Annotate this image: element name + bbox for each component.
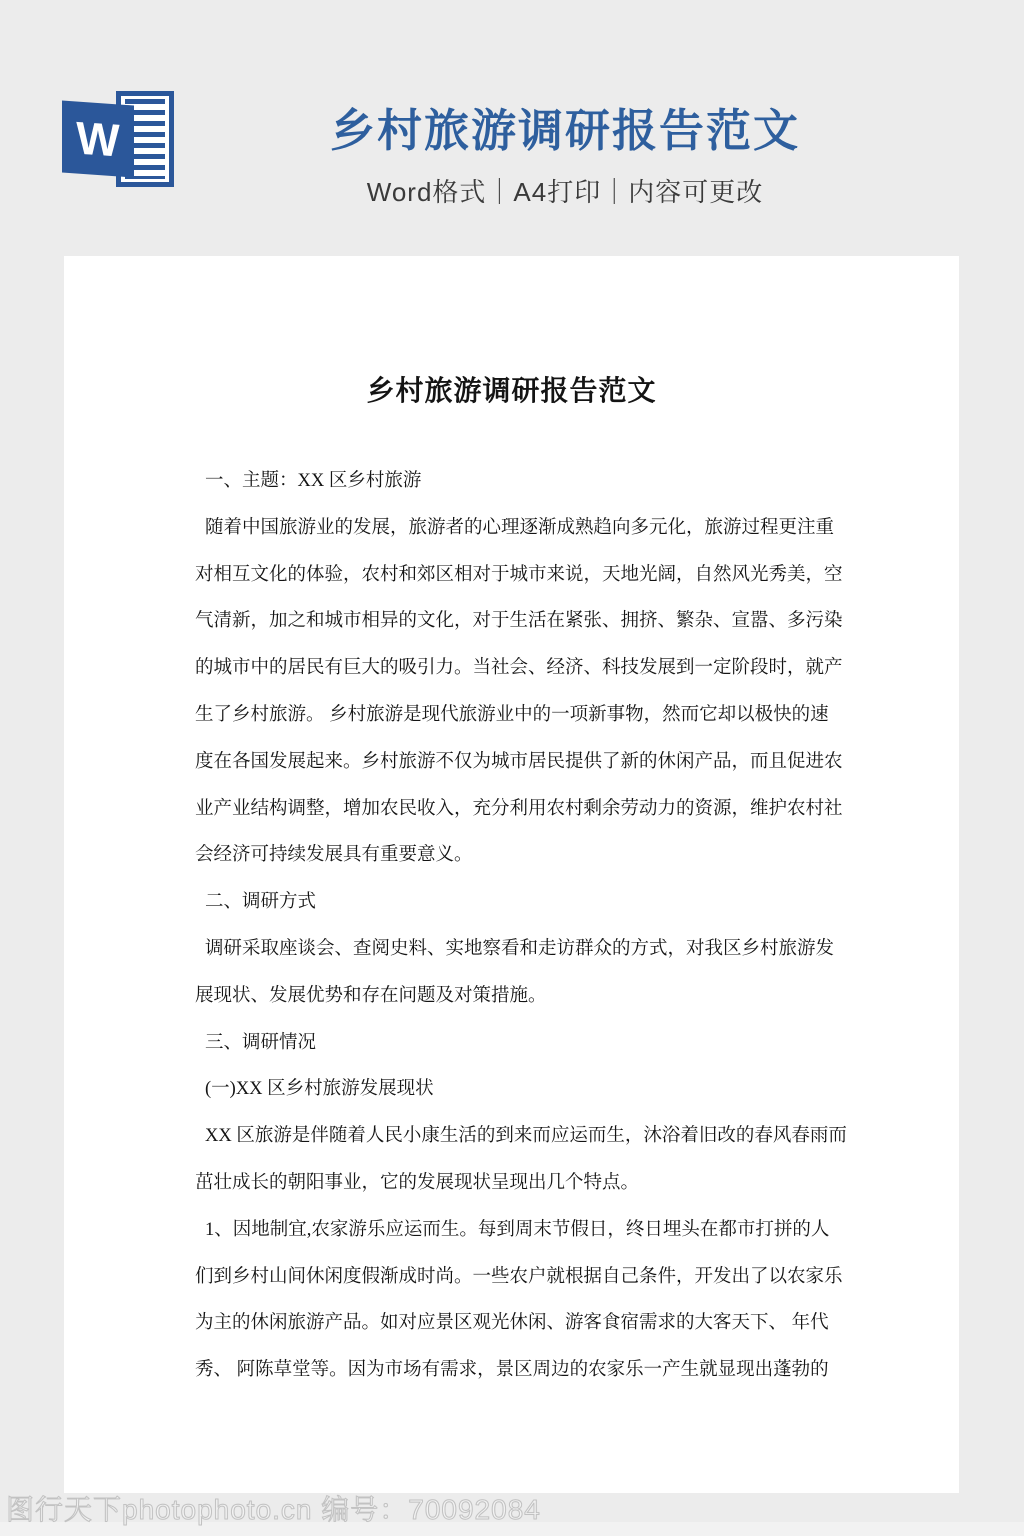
document-line: 生了乡村旅游。 乡村旅游是现代旅游业中的一项新事物，然而它却以极快的速 <box>195 692 855 739</box>
document-line: 随着中国旅游业的发展，旅游者的心理逐渐成熟趋向多元化，旅游过程更注重 <box>195 505 855 552</box>
word-document-icon: W <box>62 88 176 196</box>
document-body: 一、主题：XX 区乡村旅游随着中国旅游业的发展，旅游者的心理逐渐成熟趋向多元化，… <box>195 458 855 1394</box>
document-line: 二、调研方式 <box>195 879 855 926</box>
document-line: 业产业结构调整，增加农民收入，充分利用农村剩余劳动力的资源，维护农村社 <box>195 786 855 833</box>
document-line: 1、因地制宜,农家游乐应运而生。每到周末节假日，终日埋头在都市打拼的人 <box>195 1207 855 1254</box>
header-title: 乡村旅游调研报告范文 <box>310 94 820 159</box>
document-line: 一、主题：XX 区乡村旅游 <box>195 458 855 505</box>
document-line: 为主的休闲旅游产品。如对应景区观光休闲、游客食宿需求的大客天下、 年代 <box>195 1300 855 1347</box>
document-line: XX 区旅游是伴随着人民小康生活的到来而应运而生，沐浴着旧改的春风春雨而 <box>195 1113 855 1160</box>
document-line: 三、调研情况 <box>195 1020 855 1067</box>
document-line: 茁壮成长的朝阳事业，它的发展现状呈现出几个特点。 <box>195 1160 855 1207</box>
document-line: 展现状、发展优势和存在问题及对策措施。 <box>195 973 855 1020</box>
document-line: 们到乡村山间休闲度假渐成时尚。一些农户就根据自己条件，开发出了以农家乐 <box>195 1254 855 1301</box>
header-subtitle: Word格式｜A4打印｜内容可更改 <box>310 172 820 209</box>
document-line: (一)XX 区乡村旅游发展现状 <box>195 1066 855 1113</box>
document-line: 的城市中的居民有巨大的吸引力。当社会、经济、科技发展到一定阶段时，就产 <box>195 645 855 692</box>
word-icon-letter: W <box>62 100 134 177</box>
document-title: 乡村旅游调研报告范文 <box>64 369 959 409</box>
document-line: 度在各国发展起来。乡村旅游不仅为城市居民提供了新的休闲产品，而且促进农 <box>195 739 855 786</box>
header: W 乡村旅游调研报告范文 Word格式｜A4打印｜内容可更改 <box>0 0 1024 256</box>
document-line: 对相互文化的体验，农村和郊区相对于城市来说，天地光阔，自然风光秀美，空 <box>195 552 855 599</box>
document-page: 乡村旅游调研报告范文 一、主题：XX 区乡村旅游随着中国旅游业的发展，旅游者的心… <box>64 256 959 1493</box>
document-line: 气清新，加之和城市相异的文化，对于生活在紧张、拥挤、繁杂、宣嚣、多污染 <box>195 598 855 645</box>
document-line: 会经济可持续发展具有重要意义。 <box>195 832 855 879</box>
document-line: 调研采取座谈会、查阅史料、实地察看和走访群众的方式，对我区乡村旅游发 <box>195 926 855 973</box>
header-text-block: 乡村旅游调研报告范文 Word格式｜A4打印｜内容可更改 <box>310 94 820 209</box>
document-line: 秀、 阿陈草堂等。因为市场有需求，景区周边的农家乐一产生就显现出蓬勃的 <box>195 1347 855 1394</box>
watermark-text: 图行天下photophoto.cn 编号：70092084 <box>6 1488 541 1528</box>
